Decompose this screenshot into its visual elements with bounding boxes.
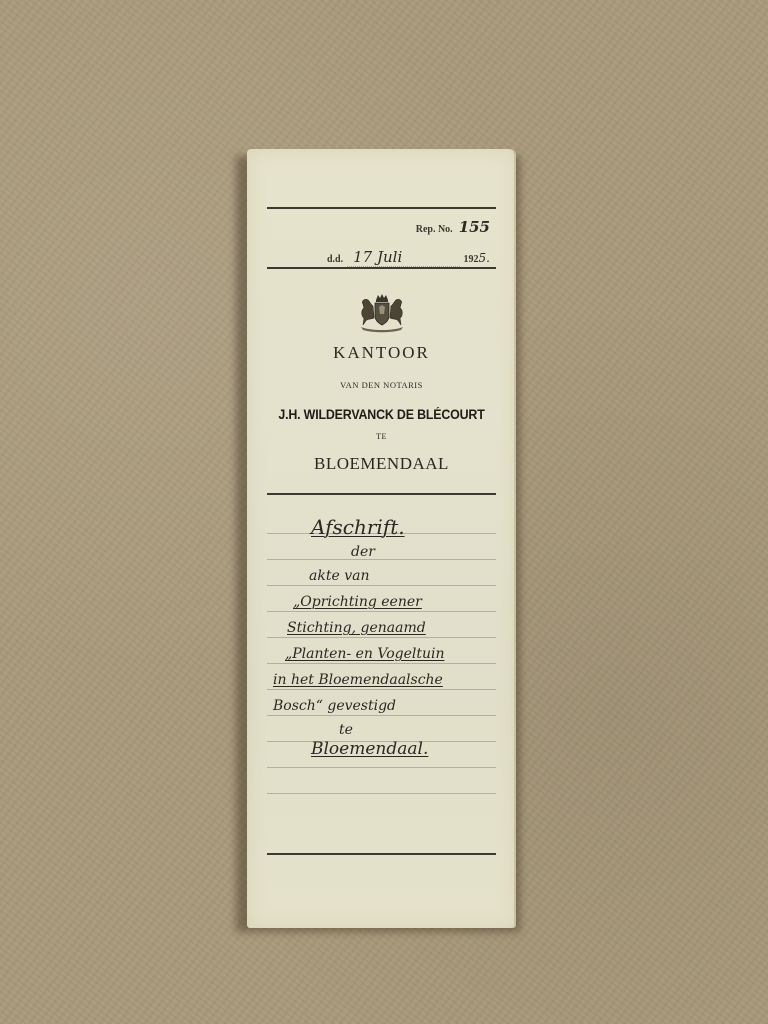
handwritten-line: in het Bloemendaalsche [273,672,443,688]
writing-line [267,793,496,794]
date-prefix: d.d. [327,254,343,265]
header-bottom-rule [267,267,496,269]
writing-line [267,663,496,664]
top-rule [267,207,496,209]
date-handwritten: 17 Juli [347,248,459,267]
writing-line [267,585,496,586]
handwritten-line: akte van [309,568,369,584]
writing-line [267,637,496,638]
writing-line [267,611,496,612]
writing-line [267,715,496,716]
office-heading: KANTOOR [267,343,496,363]
notary-name: J.H. WILDERVANCK DE BLÉCOURT [271,407,493,422]
handwritten-line: Stichting, genaamd [287,620,426,636]
handwritten-place: Bloemendaal. [311,739,428,759]
writing-line [267,767,496,768]
writing-line [267,689,496,690]
office-subheading: VAN DEN NOTARIS [267,380,496,390]
handwritten-title: Afschrift. [311,515,405,539]
year-handwritten: 5. [479,251,490,265]
handwritten-line: der [351,544,375,560]
te-label: TE [267,432,496,441]
rep-number-row: Rep. No. 155 [416,218,490,236]
date-row: d.d. 17 Juli 192 5. [327,248,490,267]
handwritten-line: te [339,722,353,738]
year-printed: 192 [464,254,479,265]
royal-coat-of-arms-icon [355,292,409,339]
office-place: BLOEMENDAAL [267,454,496,474]
footer-rule [267,853,496,855]
handwritten-line: „Planten- en Vogeltuin [285,646,445,662]
writing-line [267,559,496,560]
handwritten-line: „Oprichting eener [293,594,422,610]
office-bottom-rule [267,493,496,495]
rep-value: 155 [459,218,490,236]
notarial-deed-cover: Rep. No. 155 d.d. 17 Juli 192 5. [247,149,516,928]
handwritten-line: Bosch“ gevestigd [273,698,396,714]
rep-label: Rep. No. [416,224,453,235]
